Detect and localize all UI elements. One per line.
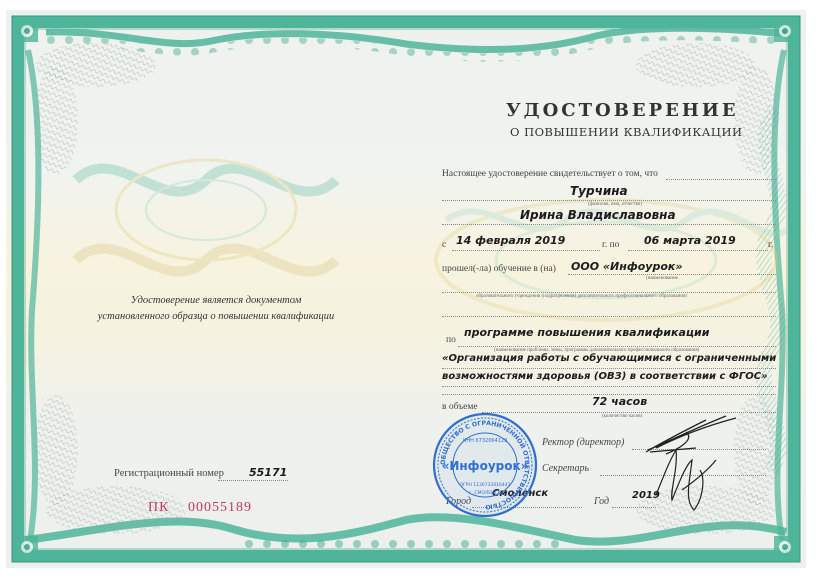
program-type-underline: [458, 346, 776, 347]
to-label: г. по: [602, 240, 619, 250]
reg-number-label: Регистрационный номер: [114, 468, 224, 479]
org-line-3: [442, 316, 776, 317]
svg-text:ИНН 6732064123: ИНН 6732064123: [463, 438, 508, 444]
program-type-value: программе повышения квалификации: [464, 326, 709, 339]
program-name-underline-1: [442, 368, 776, 369]
serial-number: 00055189: [188, 500, 252, 516]
left-note-line2: установленного образца о повышении квали…: [46, 309, 386, 325]
intro-underline: [666, 179, 776, 180]
date-from-value: 14 февраля 2019: [456, 234, 565, 247]
secretary-label: Секретарь: [542, 463, 589, 474]
organization-underline: [568, 274, 776, 275]
secretary-signature: [646, 440, 726, 520]
volume-label: в объеме: [442, 402, 478, 412]
from-prefix: с: [442, 240, 446, 250]
hours-value: 72 часов: [592, 395, 647, 408]
program-name-line2: возможностями здоровья (ОВЗ) в соответст…: [442, 371, 768, 382]
svg-text:«Инфоурок»: «Инфоурок»: [442, 459, 529, 473]
rector-label: Ректор (директор): [542, 437, 624, 448]
series-label: ПК: [148, 500, 169, 516]
surname-value: Турчина: [570, 184, 628, 198]
intro-text: Настоящее удостоверение свидетельствует …: [442, 169, 658, 179]
certificate-sheet: Удостоверение является документом устано…: [6, 10, 806, 568]
fio-caption: (фамилия, имя, отчество): [588, 202, 642, 207]
reg-number-underline: [218, 480, 288, 481]
given-names-underline: [442, 224, 776, 225]
left-note: Удостоверение является документом устано…: [46, 293, 386, 325]
by-label: по: [446, 335, 456, 345]
surname-underline: [442, 200, 776, 201]
org-line-2: [442, 292, 776, 293]
date-from-underline: [452, 250, 600, 251]
trained-label: прошел(-ла) обучение в (на): [442, 264, 556, 274]
org-caption-2: образовательного учреждения (подразделен…: [476, 294, 687, 299]
document-title: УДОСТОВЕРЕНИЕ: [506, 100, 739, 121]
svg-text:ОГРН 1136733016441: ОГРН 1136733016441: [459, 482, 510, 488]
left-note-line1: Удостоверение является документом: [46, 293, 386, 309]
year-label: Год: [594, 496, 609, 507]
date-to-underline: [628, 250, 768, 251]
program-name-underline-2: [442, 386, 776, 387]
organization-value: ООО «Инфоурок»: [571, 260, 683, 273]
document-subtitle: О ПОВЫШЕНИИ КВАЛИФИКАЦИИ: [510, 125, 743, 139]
given-names-value: Ирина Владиславовна: [520, 208, 676, 222]
program-name-line1: «Организация работы с обучающимися с огр…: [442, 353, 776, 364]
year-suffix: г.: [768, 240, 773, 250]
svg-text:г. СМОЛЕНСК: г. СМОЛЕНСК: [469, 490, 502, 496]
organization-stamp: ОБЩЕСТВО С ОГРАНИЧЕННОЙ ОТВЕТСТВЕННОСТЬЮ…: [432, 412, 538, 518]
reg-number-value: 55171: [249, 466, 287, 479]
org-caption-1: (наименование: [646, 276, 678, 281]
date-to-value: 06 марта 2019: [644, 234, 736, 247]
